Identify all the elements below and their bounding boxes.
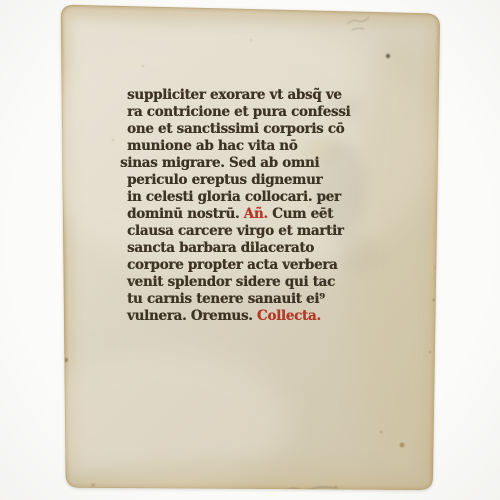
body-text: periculo ereptus dignemur [127, 172, 322, 188]
text-line: corpore propter acta verbera [127, 257, 342, 274]
foxing-spot [112, 139, 114, 141]
body-text: dominū nostrū. [127, 206, 244, 222]
body-text: in celesti gloria collocari. per [127, 189, 341, 205]
text-line: suppliciter exorare vt absq̃ ve [127, 87, 342, 104]
body-text: vulnera. Oremus. [127, 308, 257, 324]
body-text: Cum eēt [268, 206, 333, 222]
body-text: clausa carcere virgo et martir [127, 223, 344, 239]
foxing-spot [380, 431, 383, 434]
body-text: tu carnis tenere sanauit ei⁹ [127, 291, 325, 307]
body-text: sancta barbara dilacerato [127, 240, 314, 256]
text-line: one et sanctissimi corporis cō [127, 121, 342, 138]
body-text: sinas migrare. Sed ab omni [120, 155, 319, 171]
text-line: munione ab hac vita nō [127, 138, 342, 155]
foxing-spot [400, 443, 405, 448]
rubric-text: Collecta. [257, 308, 321, 324]
foxing-spot [91, 483, 95, 487]
manuscript-text-block: suppliciter exorare vt absq̃ vera contri… [127, 87, 342, 325]
text-line: dominū nostrū. Añ. Cum eēt [127, 206, 342, 223]
body-text: venit splendor sidere qui tac [127, 274, 335, 290]
text-line: tu carnis tenere sanauit ei⁹ [127, 291, 342, 308]
body-text: munione ab hac vita nō [127, 138, 297, 154]
body-text: corpore propter acta verbera [127, 257, 338, 273]
foxing-spot [433, 299, 436, 302]
text-line: in celesti gloria collocari. per [127, 189, 342, 206]
foxing-spot [142, 65, 144, 67]
text-line: clausa carcere virgo et martir [127, 223, 342, 240]
text-line: periculo ereptus dignemur [127, 172, 342, 189]
foxing-spot [429, 351, 431, 353]
body-text: one et sanctissimi corporis cō [127, 121, 344, 137]
body-text: ra contricione et pura confessi [127, 104, 350, 120]
text-line: ra contricione et pura confessi [127, 104, 342, 121]
foxing-spot [386, 54, 390, 58]
body-text: suppliciter exorare vt absq̃ ve [127, 87, 342, 103]
foxing-spot [250, 39, 252, 41]
text-line: venit splendor sidere qui tac [127, 274, 342, 291]
text-line: sancta barbara dilacerato [127, 240, 342, 257]
stain-smudge [338, 237, 382, 273]
rubric-text: Añ. [244, 206, 268, 222]
photo-canvas: suppliciter exorare vt absq̃ vera contri… [0, 0, 500, 500]
text-line: sinas migrare. Sed ab omni [120, 155, 342, 172]
text-line: vulnera. Oremus. Collecta. [127, 308, 342, 325]
